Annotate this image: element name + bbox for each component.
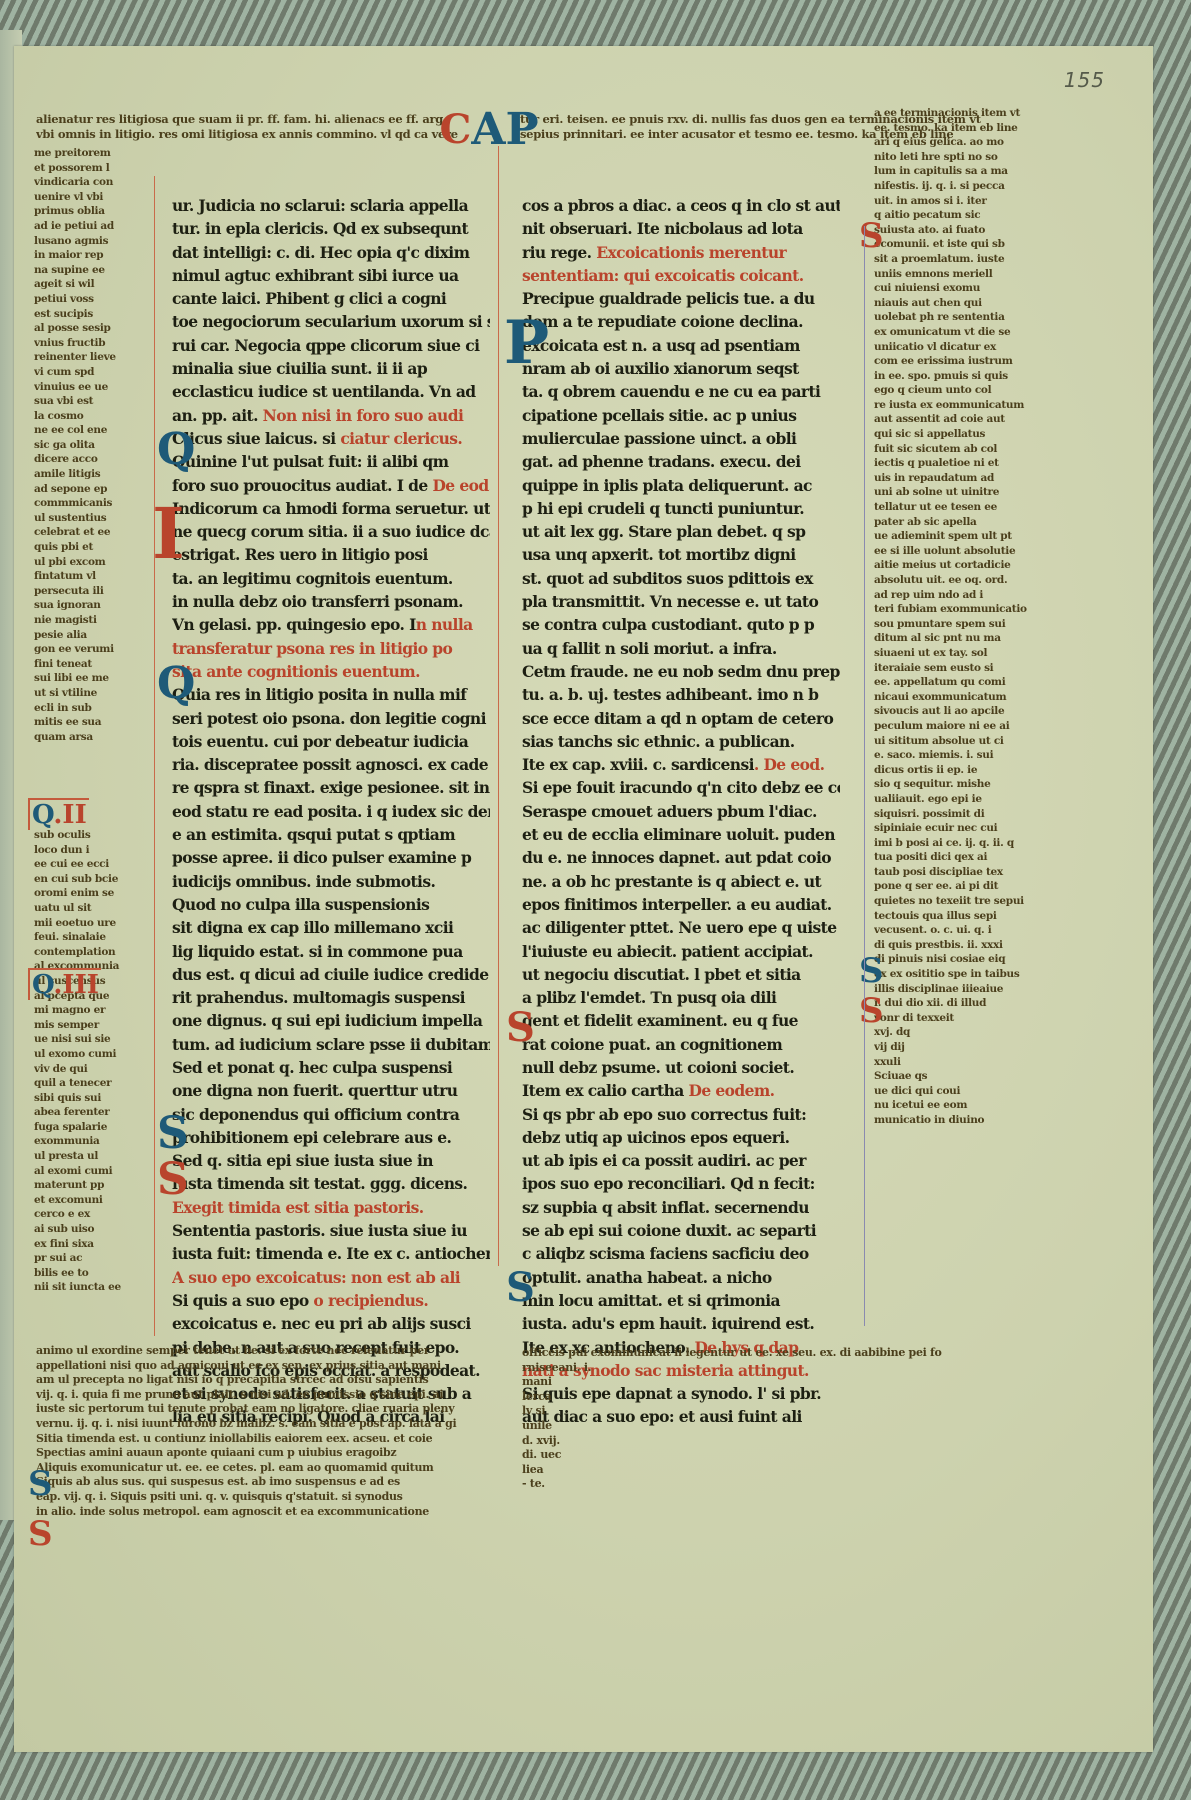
gloss-line: Spectias amini auaun aponte quiaani cum … bbox=[36, 1446, 496, 1461]
quaestio-marker-3: Q.III bbox=[28, 968, 101, 1000]
text-line: iusta timenda sit testat. ggg. dicens. bbox=[172, 1172, 490, 1195]
gloss-line: ul presta ul bbox=[34, 1149, 144, 1164]
text-line: ta. q obrem cauendu e ne cu ea parti bbox=[522, 380, 840, 403]
gloss-line: viv de qui bbox=[34, 1062, 144, 1077]
text-line: excoicata est n. a usq ad psentiam bbox=[522, 334, 840, 357]
text-line: Clicus siue laicus. si ciatur clericus. bbox=[172, 427, 490, 450]
gloss-line: nie magisti bbox=[34, 613, 144, 628]
gloss-line: materunt pp bbox=[34, 1178, 144, 1193]
text-line: min locu amittat. et si qrimonia bbox=[522, 1289, 840, 1312]
gloss-line: aitie meius ut cortadicie bbox=[874, 558, 1124, 573]
gloss-line: taub posi discipliae tex bbox=[874, 865, 1124, 880]
text-line: ut ait lex gg. Stare plan debet. q sp bbox=[522, 520, 840, 543]
gloss-line: uniis emnons meriell bbox=[874, 267, 1124, 282]
gloss-line: sua ignoran bbox=[34, 598, 144, 613]
gloss-line: eap. vij. q. i. Siquis psiti uni. q. v. … bbox=[36, 1490, 496, 1505]
rubric-segment: ciatur clericus. bbox=[336, 429, 463, 448]
gloss-line: commmicanis bbox=[34, 496, 144, 511]
text-line: ut ab ipis ei ca possit audiri. ac per bbox=[522, 1149, 840, 1172]
gloss-line: Siquis ab alus sus. qui suspesus est. ab… bbox=[36, 1475, 496, 1490]
gloss-line: ul exomo cumi bbox=[34, 1047, 144, 1062]
gloss-line: sibi quis sui bbox=[34, 1091, 144, 1106]
gloss-line: ul sustentius bbox=[34, 511, 144, 526]
text-line: tum. ad iudicium sclare psse ii dubitam. bbox=[172, 1033, 490, 1056]
gloss-line: vbi omnis in litigio. res omi litigiosa … bbox=[36, 127, 466, 142]
text-line: ria. discepratee possit agnosci. ex cade bbox=[172, 753, 490, 776]
gloss-line: aut assentit ad coie aut bbox=[874, 412, 1124, 427]
bottom-gloss-left: animo ul exordine semper tenet ut he. si… bbox=[36, 1344, 496, 1519]
gloss-line: fini teneat bbox=[34, 657, 144, 672]
gloss-line: sui libi ee me bbox=[34, 671, 144, 686]
text-line: Item ex calio cartha De eodem. bbox=[522, 1079, 840, 1102]
text-line: Quod no culpa illa suspensionis bbox=[172, 893, 490, 916]
text-line: prohibitionem epi celebrare aus e. bbox=[172, 1126, 490, 1149]
text-line: nit obseruari. Ite nicbolaus ad lota bbox=[522, 217, 840, 240]
gloss-line: celebrat et ee bbox=[34, 525, 144, 540]
gloss-line: pone q ser ee. ai pi dit bbox=[874, 879, 1124, 894]
gloss-line: est sucipis bbox=[34, 307, 144, 322]
text-line: ne quecg corum sitia. ii a suo iudice dc… bbox=[172, 520, 490, 543]
text-line: lig liquido estat. si in commone pua bbox=[172, 940, 490, 963]
gloss-line: vinuius ee ue bbox=[34, 380, 144, 395]
gloss-line: quietes no texeiit tre sepui bbox=[874, 894, 1124, 909]
gloss-line: loco dun i bbox=[34, 843, 144, 858]
initial-ap-blue: AP bbox=[471, 104, 538, 155]
text-line: quippe in iplis plata deliquerunt. ac bbox=[522, 474, 840, 497]
gloss-line: am ul precepta no ligat nisi io q precap… bbox=[36, 1373, 496, 1388]
initial-i-red: I bbox=[152, 492, 185, 575]
gloss-line: a ee terminacionis item vt bbox=[874, 106, 1124, 121]
text-line: A suo epo excoicatus: non est ab ali bbox=[172, 1266, 490, 1289]
gloss-line: re iusta ex eommunicatum bbox=[874, 398, 1124, 413]
text-line: re qspra st finaxt. exige pesionee. sit … bbox=[172, 776, 490, 799]
gloss-line: qui sic si appellatus bbox=[874, 427, 1124, 442]
text-line: rat coione puat. an cognitionem bbox=[522, 1033, 840, 1056]
text-line: se ab epi sui coione duxit. ac separti bbox=[522, 1219, 840, 1242]
text-line: ta. an legitimu cognitois euentum. bbox=[172, 567, 490, 590]
gloss-line: tellatur ut ee tesen ee bbox=[874, 500, 1124, 515]
gloss-initial-s-blue: S bbox=[859, 951, 884, 991]
text-line: iudicijs omnibus. inde submotis. bbox=[172, 870, 490, 893]
gloss-line: cerco e ex bbox=[34, 1207, 144, 1222]
gloss-line: ee cui ee ecci bbox=[34, 857, 144, 872]
gloss-line: e. saco. miemis. i. sui bbox=[874, 748, 1124, 763]
rubric-segment: n nulla bbox=[416, 615, 473, 634]
text-line: Vn gelasi. pp. quingesio epo. In nulla bbox=[172, 613, 490, 636]
gloss-line: iuste sic pertorum tui tenute probat eam… bbox=[36, 1402, 496, 1417]
gloss-initial-s: S bbox=[859, 216, 884, 256]
gloss-line: - te. bbox=[522, 1477, 982, 1492]
text-line: Si epe fouit iracundo q'n cito debz ee c… bbox=[522, 776, 840, 799]
gloss-line: Aliquis exomunicatur ut. ee. ee cetes. p… bbox=[36, 1461, 496, 1476]
gloss-line: uolebat ph re sententia bbox=[874, 310, 1124, 325]
text-line: nimul agtuc exhibrant sibi iurce ua bbox=[172, 264, 490, 287]
text-line: Indicorum ca hmodi forma seruetur. ut bbox=[172, 497, 490, 520]
gloss-line: amile litigis bbox=[34, 467, 144, 482]
right-gloss-column: a ee terminacionis item vtee. tesmo. ka … bbox=[874, 106, 1124, 1336]
quaestio-marker-2: Q.II bbox=[28, 798, 89, 830]
text-line: se contra culpa custodiant. quto p p bbox=[522, 613, 840, 636]
text-line: sz supbia q absit inflat. secernendu bbox=[522, 1196, 840, 1219]
text-line: dus est. q dicui ad ciuile iudice credid… bbox=[172, 963, 490, 986]
gloss-line: ditum al sic pnt nu ma bbox=[874, 631, 1124, 646]
text-line: Si qs pbr ab epo suo correctus fuit: bbox=[522, 1103, 840, 1126]
text-segment: Vn gelasi. pp. quingesio epo. I bbox=[172, 615, 416, 634]
gloss-line: mi magno er bbox=[34, 1003, 144, 1018]
text-line: nram ab oi auxilio xianorum seqst bbox=[522, 357, 840, 380]
text-line: Si quis a suo epo o recipiendus. bbox=[172, 1289, 490, 1312]
gloss-line: animo ul exordine semper tenet ut he. si… bbox=[36, 1344, 496, 1359]
text-line: l'iuiuste eu abiecit. patient accipiat. bbox=[522, 940, 840, 963]
rubric-segment: . De eod. bbox=[754, 755, 825, 774]
gloss-line: mii eoetuo ure bbox=[34, 916, 144, 931]
initial-c-red: C bbox=[439, 106, 471, 153]
top-gloss-left: alienatur res litigiosa que suam ii pr. … bbox=[36, 112, 466, 141]
text-line: debz utiq ap uicinos epos equeri. bbox=[522, 1126, 840, 1149]
text-line: cipatione pcellais sitie. ac p unius bbox=[522, 404, 840, 427]
text-segment: riu rege. bbox=[522, 243, 596, 262]
gloss-line: ualiiauit. ego epi ie bbox=[874, 792, 1124, 807]
gloss-initial-s-bottom2: S bbox=[28, 1514, 53, 1554]
gloss-line: Sitia timenda est. u contiunz iniollabil… bbox=[36, 1432, 496, 1447]
gloss-line: cui niuiensi exomu bbox=[874, 281, 1124, 296]
gloss-line: exommunia bbox=[34, 1134, 144, 1149]
text-line: tu. a. b. uj. testes adhibeant. imo n b bbox=[522, 683, 840, 706]
gloss-line: contemplation bbox=[34, 945, 144, 960]
text-column-left: ur. Judicia no sclarui: sclaria appellat… bbox=[172, 194, 490, 1429]
gloss-line: siquisri. possimit di bbox=[874, 807, 1124, 822]
gloss-line: ee. tesmo. ka item eb line bbox=[874, 121, 1124, 136]
text-line: minalia siue ciuilia sunt. ii ii ap bbox=[172, 357, 490, 380]
initial-q-blue: Q bbox=[157, 424, 195, 475]
text-line: ecclasticu iudice st uentilanda. Vn ad bbox=[172, 380, 490, 403]
gloss-line: ad sepone ep bbox=[34, 482, 144, 497]
gloss-line: alienatur res litigiosa que suam ii pr. … bbox=[36, 112, 466, 127]
text-line: transferatur psona res in litigio po bbox=[172, 637, 490, 660]
gloss-line: uit. in amos si i. iter bbox=[874, 194, 1124, 209]
gloss-line: al exomi cumi bbox=[34, 1164, 144, 1179]
text-line: et eu de ecclia eliminare uoluit. puden bbox=[522, 823, 840, 846]
gloss-line: com ee erissima iustrum bbox=[874, 354, 1124, 369]
gloss-line: ai sub uiso bbox=[34, 1222, 144, 1237]
gloss-line: uatu ul sit bbox=[34, 901, 144, 916]
gloss-line: mani bbox=[522, 1375, 982, 1390]
gloss-line: sipiniaie ecuir nec cui bbox=[874, 821, 1124, 836]
gloss-line: vij dij bbox=[874, 1040, 1124, 1055]
gloss-line: mis semper bbox=[34, 1018, 144, 1033]
text-segment: Item ex calio cartha bbox=[522, 1081, 688, 1100]
gloss-line: municatio in diuino bbox=[874, 1113, 1124, 1128]
gloss-line: vonr di texxeit bbox=[874, 1011, 1124, 1026]
gloss-line: quil a tenecer bbox=[34, 1076, 144, 1091]
initial-q2-blue: Q bbox=[157, 658, 195, 709]
gloss-line: sivoucis aut li ao apcile bbox=[874, 704, 1124, 719]
initial-s-red: S bbox=[157, 1154, 189, 1205]
text-line: Sed et ponat q. hec culpa suspensi bbox=[172, 1056, 490, 1079]
penwork-right-gloss bbox=[864, 226, 865, 1326]
left-gloss-column-lower: sub oculisloco dun iee cui ee eccien cui… bbox=[34, 828, 144, 1368]
manuscript-page: 155 alienatur res litigiosa que suam ii … bbox=[14, 46, 1153, 1752]
rubric-segment: o recipiendus. bbox=[313, 1291, 428, 1310]
text-line: dat intelligi: c. di. Hec opia q'c dixim bbox=[172, 241, 490, 264]
gloss-line: quam arsa bbox=[34, 730, 144, 745]
gloss-line: ue dici qui coui bbox=[874, 1084, 1124, 1099]
gloss-line: siuaeni ut ex tay. sol bbox=[874, 646, 1124, 661]
penwork-left-column bbox=[154, 176, 155, 1336]
bottom-gloss-middle: officeis pui exommunicat ii legentur ut … bbox=[522, 1346, 982, 1492]
text-line: ipos suo epo reconciliari. Qd n fecit: bbox=[522, 1172, 840, 1195]
gloss-line: vi cum spd bbox=[34, 365, 144, 380]
gloss-line: xvj. dq bbox=[874, 1025, 1124, 1040]
text-line: c aliqbz scisma faciens sacficiu deo bbox=[522, 1242, 840, 1265]
gloss-line: sua vbi est bbox=[34, 394, 144, 409]
gloss-line: lv si bbox=[522, 1404, 982, 1419]
gloss-line: uni ab solne ut uinitre bbox=[874, 485, 1124, 500]
text-line: e an estimita. qsqui putat s qptiam bbox=[172, 823, 490, 846]
text-segment: Clicus siue laicus. si bbox=[172, 429, 336, 448]
text-segment: Ite ex cap. xviii. c. sardicensi bbox=[522, 755, 754, 774]
gloss-line: nii sit iuncta ee bbox=[34, 1280, 144, 1295]
text-line: p hi epi crudeli q tuncti puniuntur. bbox=[522, 497, 840, 520]
text-segment: an. pp. ait. bbox=[172, 406, 258, 425]
gloss-line: di quis prestbis. ii. xxxi bbox=[874, 938, 1124, 953]
text-line: an. pp. ait. Non nisi in foro suo audi bbox=[172, 404, 490, 427]
text-line: usa unq apxerit. tot mortibz digni bbox=[522, 543, 840, 566]
gloss-line: pesie alia bbox=[34, 628, 144, 643]
gloss-line: iteraiaie sem eusto si bbox=[874, 661, 1124, 676]
text-line: gat. ad phenne tradans. execu. dei bbox=[522, 450, 840, 473]
initial-s-blue: S bbox=[157, 1108, 189, 1159]
text-line: in nulla debz oio transferri psonam. bbox=[172, 590, 490, 613]
text-line: one digna non fuerit. querttur utru bbox=[172, 1079, 490, 1102]
gloss-line: ageit si wil bbox=[34, 277, 144, 292]
text-line: st. quot ad subditos suos pdittois ex bbox=[522, 567, 840, 590]
text-line: tois euentu. cui por debeatur iudicia bbox=[172, 730, 490, 753]
gloss-line: sic ga olita bbox=[34, 438, 144, 453]
text-line: Sed q. sitia epi siue iusta siue in bbox=[172, 1149, 490, 1172]
gloss-line: in maior rep bbox=[34, 248, 144, 263]
gloss-line: fintatum vl bbox=[34, 569, 144, 584]
text-line: iusta fuit: timenda e. Ite ex c. antioch… bbox=[172, 1242, 490, 1265]
gloss-line: ex omunicatum vt die se bbox=[874, 325, 1124, 340]
gloss-line: abea ferenter bbox=[34, 1105, 144, 1120]
text-line: ur. Judicia no sclarui: sclaria appella bbox=[172, 194, 490, 217]
text-segment: Si quis a suo epo bbox=[172, 1291, 313, 1310]
text-line: optulit. anatha habeat. a nicho bbox=[522, 1266, 840, 1289]
gloss-line: d. xvij. bbox=[522, 1434, 982, 1449]
gloss-line: na supine ee bbox=[34, 263, 144, 278]
gloss-line: nicaui exommunicatum bbox=[874, 690, 1124, 705]
gloss-line: unile bbox=[522, 1419, 982, 1434]
text-line: sias tanchs sic ethnic. a publican. bbox=[522, 730, 840, 753]
gloss-line: gon ee verumi bbox=[34, 642, 144, 657]
gloss-line: sio q sequitur. mishe bbox=[874, 777, 1124, 792]
gloss-line: liea bbox=[522, 1463, 982, 1478]
text-line: foro suo prouocitus audiat. I de De eod. bbox=[172, 474, 490, 497]
gloss-line: uniicatio vl dicatur ex bbox=[874, 340, 1124, 355]
text-line: Quinine l'ut pulsat fuit: ii alibi qm bbox=[172, 450, 490, 473]
text-line: Precipue gualdrade pelicis tue. a du bbox=[522, 287, 840, 310]
gloss-line: ad rep uim ndo ad i bbox=[874, 588, 1124, 603]
gloss-line: fuga spalarie bbox=[34, 1120, 144, 1135]
gloss-line: et possorem l bbox=[34, 161, 144, 176]
gloss-line: ecomunii. et iste qui sb bbox=[874, 237, 1124, 252]
text-line: a plibz l'emdet. Tn pusq oia dili bbox=[522, 986, 840, 1009]
text-line: tur. in epla clericis. Qd ex subsequnt bbox=[172, 217, 490, 240]
text-line: sic deponendus qui officium contra bbox=[172, 1103, 490, 1126]
gloss-line: lerca bbox=[522, 1390, 982, 1405]
gloss-line: pr sui ac bbox=[34, 1251, 144, 1266]
gloss-line: ee si ille uolunt absolutie bbox=[874, 544, 1124, 559]
gloss-line: bilis ee to bbox=[34, 1266, 144, 1281]
text-line: sententiam: qui excoicatis coicant. bbox=[522, 264, 840, 287]
text-line: ne. a ob hc prestante is q abiect e. ut bbox=[522, 870, 840, 893]
text-line: ua q fallit n soli moriut. a infra. bbox=[522, 637, 840, 660]
text-line: rit prahendus. multomagis suspensi bbox=[172, 986, 490, 1009]
gloss-line: nu icetui ee eom bbox=[874, 1098, 1124, 1113]
rubric-segment: De eod. bbox=[428, 476, 490, 495]
gloss-line: vij. q. i. quia fi me pruno aut plait. s… bbox=[36, 1388, 496, 1403]
gloss-line: feui. sinalaie bbox=[34, 930, 144, 945]
gloss-line: et excomuni bbox=[34, 1193, 144, 1208]
gloss-line: quis pbi et bbox=[34, 540, 144, 555]
gloss-line: dicere acco bbox=[34, 452, 144, 467]
gloss-line: uis in repaudatum ad bbox=[874, 471, 1124, 486]
text-line: sita ante cognitionis euentum. bbox=[172, 660, 490, 683]
gloss-line: q aitio pecatum sic bbox=[874, 208, 1124, 223]
gloss-line: fuit sic sicutem ab col bbox=[874, 442, 1124, 457]
text-line: riu rege. Excoicationis merentur bbox=[522, 241, 840, 264]
text-line: cos a pbros a diac. a ceos q in clo st a… bbox=[522, 194, 840, 217]
gloss-line: tectouis qua illus sepi bbox=[874, 909, 1124, 924]
gloss-line: suiusta ato. ai fuato bbox=[874, 223, 1124, 238]
text-line: excoicatus e. nec eu pri ab alijs susci bbox=[172, 1312, 490, 1335]
gloss-line: vecusent. o. c. ui. q. i bbox=[874, 923, 1124, 938]
gloss-line: ad ie petiui ad bbox=[34, 219, 144, 234]
gloss-line: absolutu uit. ee oq. ord. bbox=[874, 573, 1124, 588]
gloss-line: dicus ortis ii ep. ie bbox=[874, 763, 1124, 778]
gloss-line: ue adieminit spem ult pt bbox=[874, 529, 1124, 544]
gloss-line: in alio. inde solus metropol. eam agnosc… bbox=[36, 1505, 496, 1520]
gloss-line: peculum maiore ni ee ai bbox=[874, 719, 1124, 734]
text-line: Ite ex cap. xviii. c. sardicensi. De eod… bbox=[522, 753, 840, 776]
text-line: gent et fidelit examinent. eu q fue bbox=[522, 1009, 840, 1032]
gloss-line: ecli in sub bbox=[34, 701, 144, 716]
gloss-line: sit a proemlatum. iuste bbox=[874, 252, 1124, 267]
rubric-segment: Non nisi in foro suo audi bbox=[258, 406, 463, 425]
gloss-initial-s-bottom: S bbox=[28, 1464, 53, 1504]
gloss-line: di pinuis nisi cosiae eiq bbox=[874, 952, 1124, 967]
gloss-line: ue nisi sui sie bbox=[34, 1032, 144, 1047]
gloss-line: en cui sub bcie bbox=[34, 872, 144, 887]
gloss-line: lusano agmis bbox=[34, 234, 144, 249]
gloss-line: vnius fructib bbox=[34, 336, 144, 351]
gloss-line: sou pmuntare spem sui bbox=[874, 617, 1124, 632]
text-line: dom a te repudiate coione declina. bbox=[522, 310, 840, 333]
gloss-line: reinenter lieve bbox=[34, 350, 144, 365]
text-line: ac diligenter pttet. Ne uero epe q uiste bbox=[522, 916, 840, 939]
penwork-flourish bbox=[498, 146, 499, 1266]
folio-number: 155 bbox=[1064, 68, 1105, 92]
gloss-line: uenire vl vbi bbox=[34, 190, 144, 205]
text-line: null debz psume. ut coioni societ. bbox=[522, 1056, 840, 1079]
text-column-right: cos a pbros a diac. a ceos q in clo st a… bbox=[522, 194, 840, 1429]
text-line: pla transmittit. Vn necesse e. ut tato bbox=[522, 590, 840, 613]
gloss-line: primus oblia bbox=[34, 204, 144, 219]
gloss-line: ari q eius gelica. ao mo bbox=[874, 135, 1124, 150]
gloss-line: imi b posi ai ce. ij. q. ii. q bbox=[874, 836, 1124, 851]
gloss-line: officeis pui exommunicat ii legentur ut … bbox=[522, 1346, 982, 1361]
gloss-line: petiui voss bbox=[34, 292, 144, 307]
rubric-segment: De eodem. bbox=[688, 1081, 774, 1100]
gloss-line: nito leti hre spti no so bbox=[874, 150, 1124, 165]
text-line: du e. ne innoces dapnet. aut pdat coio bbox=[522, 846, 840, 869]
gloss-line: teri fubiam exommunicatio bbox=[874, 602, 1124, 617]
gloss-line: ul pbi excom bbox=[34, 555, 144, 570]
gloss-initial-s-red: S bbox=[859, 991, 884, 1031]
text-line: sit digna ex cap illo millemano xcii bbox=[172, 916, 490, 939]
gloss-line: ut si vtiline bbox=[34, 686, 144, 701]
gloss-line: persecuta ili bbox=[34, 584, 144, 599]
decorated-initial-cap: CAP bbox=[454, 94, 524, 164]
text-line: one dignus. q sui epi iudicium impella bbox=[172, 1009, 490, 1032]
gloss-line: al posse sesip bbox=[34, 321, 144, 336]
gloss-line: niauis aut chen qui bbox=[874, 296, 1124, 311]
text-line: iusta. adu's epm hauit. iquirend est. bbox=[522, 1312, 840, 1335]
text-line: epos finitimos interpeller. a eu audiat. bbox=[522, 893, 840, 916]
initial-p-blue: P bbox=[504, 308, 549, 378]
gloss-line: me preitorem bbox=[34, 146, 144, 161]
gloss-line: lum in capitulis sa a ma bbox=[874, 164, 1124, 179]
text-line: posse apree. ii dico pulser examine p bbox=[172, 846, 490, 869]
gloss-line: xxuli bbox=[874, 1055, 1124, 1070]
text-line: Seraspe cmouet aduers pbum l'diac. bbox=[522, 800, 840, 823]
gloss-line: i. dui dio xii. di illud bbox=[874, 996, 1124, 1011]
text-line: seri potest oio psona. don legitie cogni bbox=[172, 707, 490, 730]
text-line: Cetm fraude. ne eu nob sedm dnu prep bbox=[522, 660, 840, 683]
gloss-line: di. uec bbox=[522, 1448, 982, 1463]
text-line: rui car. Negocia qppe clicorum siue ci bbox=[172, 334, 490, 357]
gloss-line: pater ab sic apella bbox=[874, 515, 1124, 530]
gloss-line: ui sititum absolue ut ci bbox=[874, 734, 1124, 749]
left-gloss-column: me preitoremet possorem lvindicaria conu… bbox=[34, 146, 144, 826]
text-line: mulierculae passione uinct. a obli bbox=[522, 427, 840, 450]
gloss-line: illis disciplinae iiieaiue bbox=[874, 982, 1124, 997]
gloss-line: mitis ee sua bbox=[34, 715, 144, 730]
gloss-line: ee. appellatum qu comi bbox=[874, 675, 1124, 690]
gloss-line: tua positi dici qex ai bbox=[874, 850, 1124, 865]
gloss-line: ego q cieum unto col bbox=[874, 383, 1124, 398]
text-line: ut negociu discutiat. l pbet et sitia bbox=[522, 963, 840, 986]
gloss-line: vindicaria con bbox=[34, 175, 144, 190]
text-segment: foro suo prouocitus audiat. I de bbox=[172, 476, 428, 495]
rubric-segment: Excoicationis merentur bbox=[596, 243, 786, 262]
gloss-line: vernu. ij. q. i. nisi iuunt iurono bz ma… bbox=[36, 1417, 496, 1432]
gloss-line: iectis q pualetioe ni et bbox=[874, 456, 1124, 471]
gloss-line: in ee. spo. pmuis si quis bbox=[874, 369, 1124, 384]
initial-s-red-right: S bbox=[506, 1004, 535, 1051]
gloss-line: sub oculis bbox=[34, 828, 144, 843]
gloss-line: ex ex osititio spe in taibus bbox=[874, 967, 1124, 982]
gloss-line: rniseeani. i. bbox=[522, 1361, 982, 1376]
gloss-line: appellationi nisi quo ad agnicoui ut ee … bbox=[36, 1359, 496, 1374]
text-line: eod statu re ead posita. i q iudex sic d… bbox=[172, 800, 490, 823]
gloss-line: Sciuae qs bbox=[874, 1069, 1124, 1084]
text-line: estrigat. Res uero in litigio posi bbox=[172, 543, 490, 566]
text-line: cante laici. Phibent g clici a cogni bbox=[172, 287, 490, 310]
gloss-line: oromi enim se bbox=[34, 886, 144, 901]
gloss-line: la cosmo bbox=[34, 409, 144, 424]
